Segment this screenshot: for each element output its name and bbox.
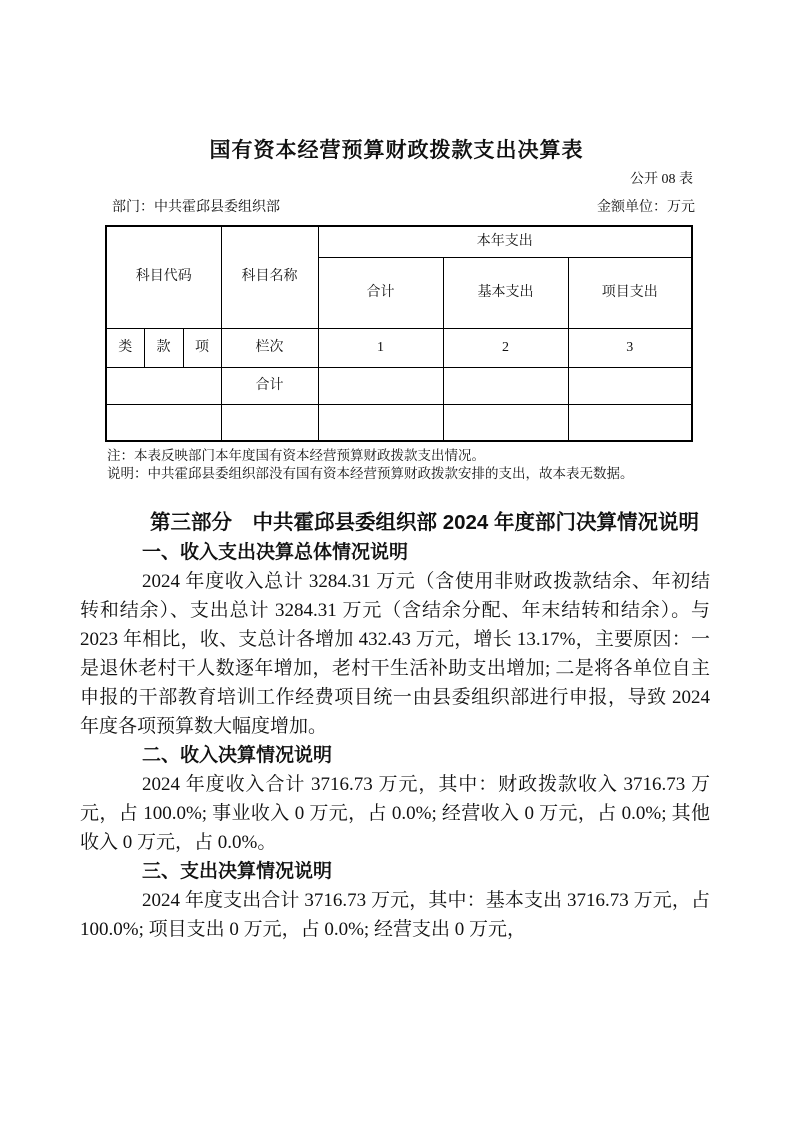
department-label: 部门：中共霍邱县委组织部: [112, 199, 280, 216]
table-row: 合计: [106, 367, 692, 404]
col-header-category: 类: [106, 328, 144, 367]
cell-name-empty: [221, 404, 318, 441]
column-number-2: 2: [443, 328, 568, 367]
document-title: 国有资本经营预算财政拨款支出决算表: [0, 0, 793, 164]
col-header-total: 合计: [318, 257, 443, 328]
table-column-index-row: 类 款 项 栏次 1 2 3: [106, 328, 692, 367]
col-header-subject-code: 科目代码: [106, 226, 221, 328]
unit-label: 金额单位：万元: [597, 199, 695, 216]
table-code-label: 公开 08 表: [0, 171, 693, 188]
part-three-heading: 第三部分 中共霍邱县委组织部 2024 年度部门决算情况说明: [102, 508, 710, 538]
part-three-section: 第三部分 中共霍邱县委组织部 2024 年度部门决算情况说明 一、收入支出决算总…: [80, 508, 710, 944]
col-header-project-expenditure: 项目支出: [568, 257, 692, 328]
budget-table: 科目代码 科目名称 本年支出 合计 基本支出 项目支出 类 款 项 栏次 1 2…: [105, 225, 693, 442]
table-notes: 注：本表反映部门本年度国有资本经营预算财政拨款支出情况。 说明：中共霍邱县委组织…: [107, 447, 793, 482]
subsection-3-heading: 三、支出决算情况说明: [80, 857, 710, 886]
col-header-current-year-expenditure: 本年支出: [318, 226, 692, 257]
column-number-3: 3: [568, 328, 692, 367]
table-header-row-1: 科目代码 科目名称 本年支出: [106, 226, 692, 257]
col-header-subject-name: 科目名称: [221, 226, 318, 328]
subsection-2-paragraph: 2024 年度收入合计 3716.73 万元，其中：财政拨款收入 3716.73…: [80, 770, 710, 857]
cell-basic-empty: [443, 404, 568, 441]
cell-project-value: [568, 367, 692, 404]
subsection-2-heading: 二、收入决算情况说明: [80, 741, 710, 770]
table-row: [106, 404, 692, 441]
subsection-1-paragraph: 2024 年度收入总计 3284.31 万元（含使用非财政拨款结余、年初结转和结…: [80, 567, 710, 741]
cell-code-total: [106, 367, 221, 404]
cell-total-value: [318, 367, 443, 404]
cell-basic-value: [443, 367, 568, 404]
table-note-explanation: 说明：中共霍邱县委组织部没有国有资本经营预算财政拨款安排的支出，故本表无数据。: [107, 465, 793, 483]
col-header-section: 款: [144, 328, 183, 367]
document-page: 国有资本经营预算财政拨款支出决算表 公开 08 表 部门：中共霍邱县委组织部 金…: [0, 0, 793, 1122]
cell-code-empty: [106, 404, 221, 441]
column-number-1: 1: [318, 328, 443, 367]
subsection-3-paragraph: 2024 年度支出合计 3716.73 万元，其中：基本支出 3716.73 万…: [80, 886, 710, 944]
cell-total-empty: [318, 404, 443, 441]
col-header-basic-expenditure: 基本支出: [443, 257, 568, 328]
table-meta-row: 部门：中共霍邱县委组织部 金额单位：万元: [112, 199, 695, 216]
cell-name-total: 合计: [221, 367, 318, 404]
col-header-column-label: 栏次: [221, 328, 318, 367]
subsection-1-heading: 一、收入支出决算总体情况说明: [80, 538, 710, 567]
table-note: 注：本表反映部门本年度国有资本经营预算财政拨款支出情况。: [107, 447, 793, 465]
col-header-item: 项: [183, 328, 221, 367]
cell-project-empty: [568, 404, 692, 441]
